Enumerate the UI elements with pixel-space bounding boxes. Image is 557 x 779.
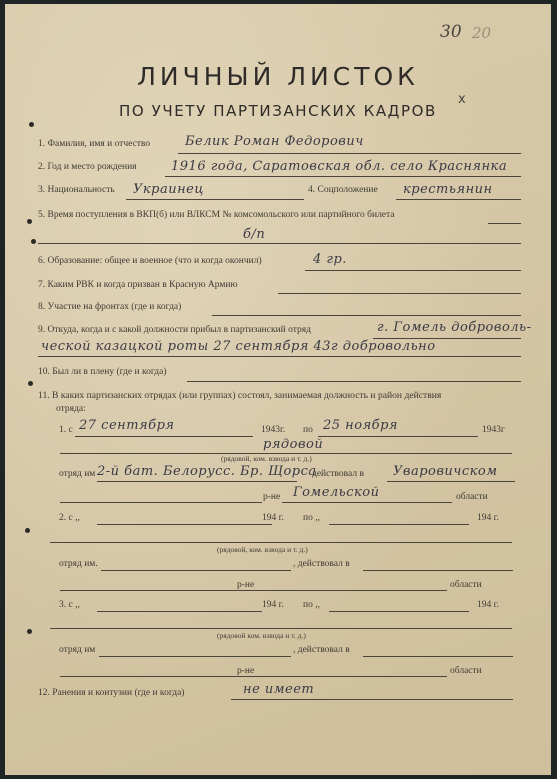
entry1-region-label: области <box>456 492 488 502</box>
value-birth: 1916 года, Саратовская обл. село Краснян… <box>171 159 507 174</box>
entry1-from-date: 27 сентября <box>79 418 175 433</box>
label-front-participation: 8. Участие на фронтах (где и когда) <box>38 302 181 312</box>
label-captivity: 10. Был ли в плену (где и когда) <box>38 367 167 377</box>
field-line <box>396 199 521 200</box>
entry1-to-year: 1943г <box>482 425 505 435</box>
value-wounds: не имеет <box>243 682 314 697</box>
field-line <box>212 315 521 316</box>
label-full-name: 1. Фамилия, имя и отчество <box>38 139 150 149</box>
field-line <box>60 676 260 677</box>
entry3-district-label: р-не <box>237 666 254 676</box>
field-line <box>165 176 521 177</box>
field-line <box>329 611 469 612</box>
field-line <box>38 243 521 244</box>
field-line <box>50 542 512 543</box>
value-social-status: крестьянин <box>403 182 493 197</box>
label-birth: 2. Год и место рождения <box>38 162 137 172</box>
punch-hole <box>31 239 36 244</box>
entry1-num: 1. с <box>59 425 73 435</box>
field-line <box>318 436 478 437</box>
entry2-region-label: области <box>450 580 482 590</box>
field-line <box>99 656 291 657</box>
field-line <box>60 590 260 591</box>
value-party-membership: б/п <box>243 227 265 242</box>
label-conscription: 7. Каким РВК и когда призван в Красную А… <box>38 280 238 290</box>
entry1-detachment: 2-й бат. Белорусс. Бр. Щорса <box>97 464 317 479</box>
field-line <box>363 656 513 657</box>
entry1-detachment-label: отряд им <box>59 469 95 479</box>
field-line <box>101 570 291 571</box>
entry1-region: Гомельской <box>293 485 380 500</box>
entry1-position: рядовой <box>263 437 323 452</box>
entry3-region-label: области <box>450 666 482 676</box>
value-full-name: Белик Роман Федорович <box>185 134 364 149</box>
value-nationality: Украинец <box>133 182 204 197</box>
label-wounds: 12. Ранения и контузии (где и когда) <box>38 688 184 698</box>
entry2-to-year: 194 г. <box>477 513 499 523</box>
entry2-detachment-label: отряд им. <box>59 559 98 569</box>
field-line <box>126 199 304 200</box>
entry1-to-prefix: по <box>303 425 313 435</box>
entry3-from-year: 194 г. <box>262 600 284 610</box>
entry2-num: 2. с ,, <box>59 513 80 523</box>
field-line <box>75 436 253 437</box>
label-party-membership: 5. Время поступления в ВКП(б) или ВЛКСМ … <box>38 210 395 220</box>
field-line <box>488 223 521 224</box>
entry3-detachment-label: отряд им <box>59 645 95 655</box>
value-education: 4 гр. <box>313 252 347 267</box>
entry1-position-caption: (рядовой, ком. взвода и т. д.) <box>221 454 312 463</box>
archive-number: 30 <box>440 22 462 42</box>
entry2-acted-label: , действовал в <box>293 559 350 569</box>
entry2-position-caption: (рядовой, ком. взвода и т. д.) <box>217 545 308 554</box>
value-arrival-line2: ческой казацкой роты 27 сентября 43г доб… <box>41 339 436 354</box>
label-education: 6. Образование: общее и военное (что и к… <box>38 256 262 266</box>
entry2-to-prefix: по ,, <box>303 513 320 523</box>
field-line <box>178 153 521 154</box>
entry2-from-year: 194 г. <box>262 513 284 523</box>
field-line <box>60 502 262 503</box>
punch-hole <box>25 528 30 533</box>
value-arrival-line1: г. Гомель доброволь- <box>377 320 532 335</box>
punch-hole <box>27 629 32 634</box>
entry1-district-label: р-не <box>263 492 280 502</box>
document-subtitle: ПО УЧЕТУ ПАРТИЗАНСКИХ КАДРОВ <box>5 102 551 120</box>
field-line <box>278 293 521 294</box>
archive-number-faded: 20 <box>472 24 491 42</box>
entry3-to-year: 194 г. <box>477 600 499 610</box>
entry3-num: 3. с ,, <box>59 600 80 610</box>
field-line <box>97 524 272 525</box>
entry1-from-year: 1943г. <box>261 425 285 435</box>
entry1-acted-label: действовал в <box>312 469 364 479</box>
field-line <box>38 356 521 357</box>
personal-record-sheet: 30 20 x ЛИЧНЫЙ ЛИСТОК ПО УЧЕТУ ПАРТИЗАНС… <box>5 4 551 775</box>
field-line <box>257 676 447 677</box>
entry3-acted-label: , действовал в <box>293 645 350 655</box>
field-line <box>305 270 521 271</box>
field-line <box>187 381 521 382</box>
field-line <box>282 502 452 503</box>
field-line <box>231 699 513 700</box>
entry1-acted-in: Уваровичском <box>393 464 498 479</box>
label-nationality: 3. Национальность <box>38 185 115 195</box>
field-line <box>257 590 447 591</box>
field-line <box>329 524 469 525</box>
entry2-district-label: р-не <box>237 580 254 590</box>
label-detachments-cont: отряда: <box>56 404 86 414</box>
entry1-to-date: 25 ноября <box>323 418 398 433</box>
punch-hole <box>28 381 33 386</box>
field-line <box>363 570 513 571</box>
punch-hole <box>27 219 32 224</box>
label-detachments: 11. В каких партизанских отрядах (или гр… <box>38 390 441 401</box>
punch-hole <box>29 122 34 127</box>
field-line <box>97 481 297 482</box>
entry3-to-prefix: по ,, <box>303 600 320 610</box>
entry3-position-caption: (рядовой ком. взвода и т. д.) <box>217 631 306 640</box>
field-line <box>97 611 262 612</box>
label-social-status: 4. Соцположение <box>308 185 378 195</box>
label-arrival: 9. Откуда, когда и с какой должности при… <box>38 325 311 335</box>
field-line <box>50 628 512 629</box>
document-title: ЛИЧНЫЙ ЛИСТОК <box>5 62 551 91</box>
field-line <box>387 481 515 482</box>
